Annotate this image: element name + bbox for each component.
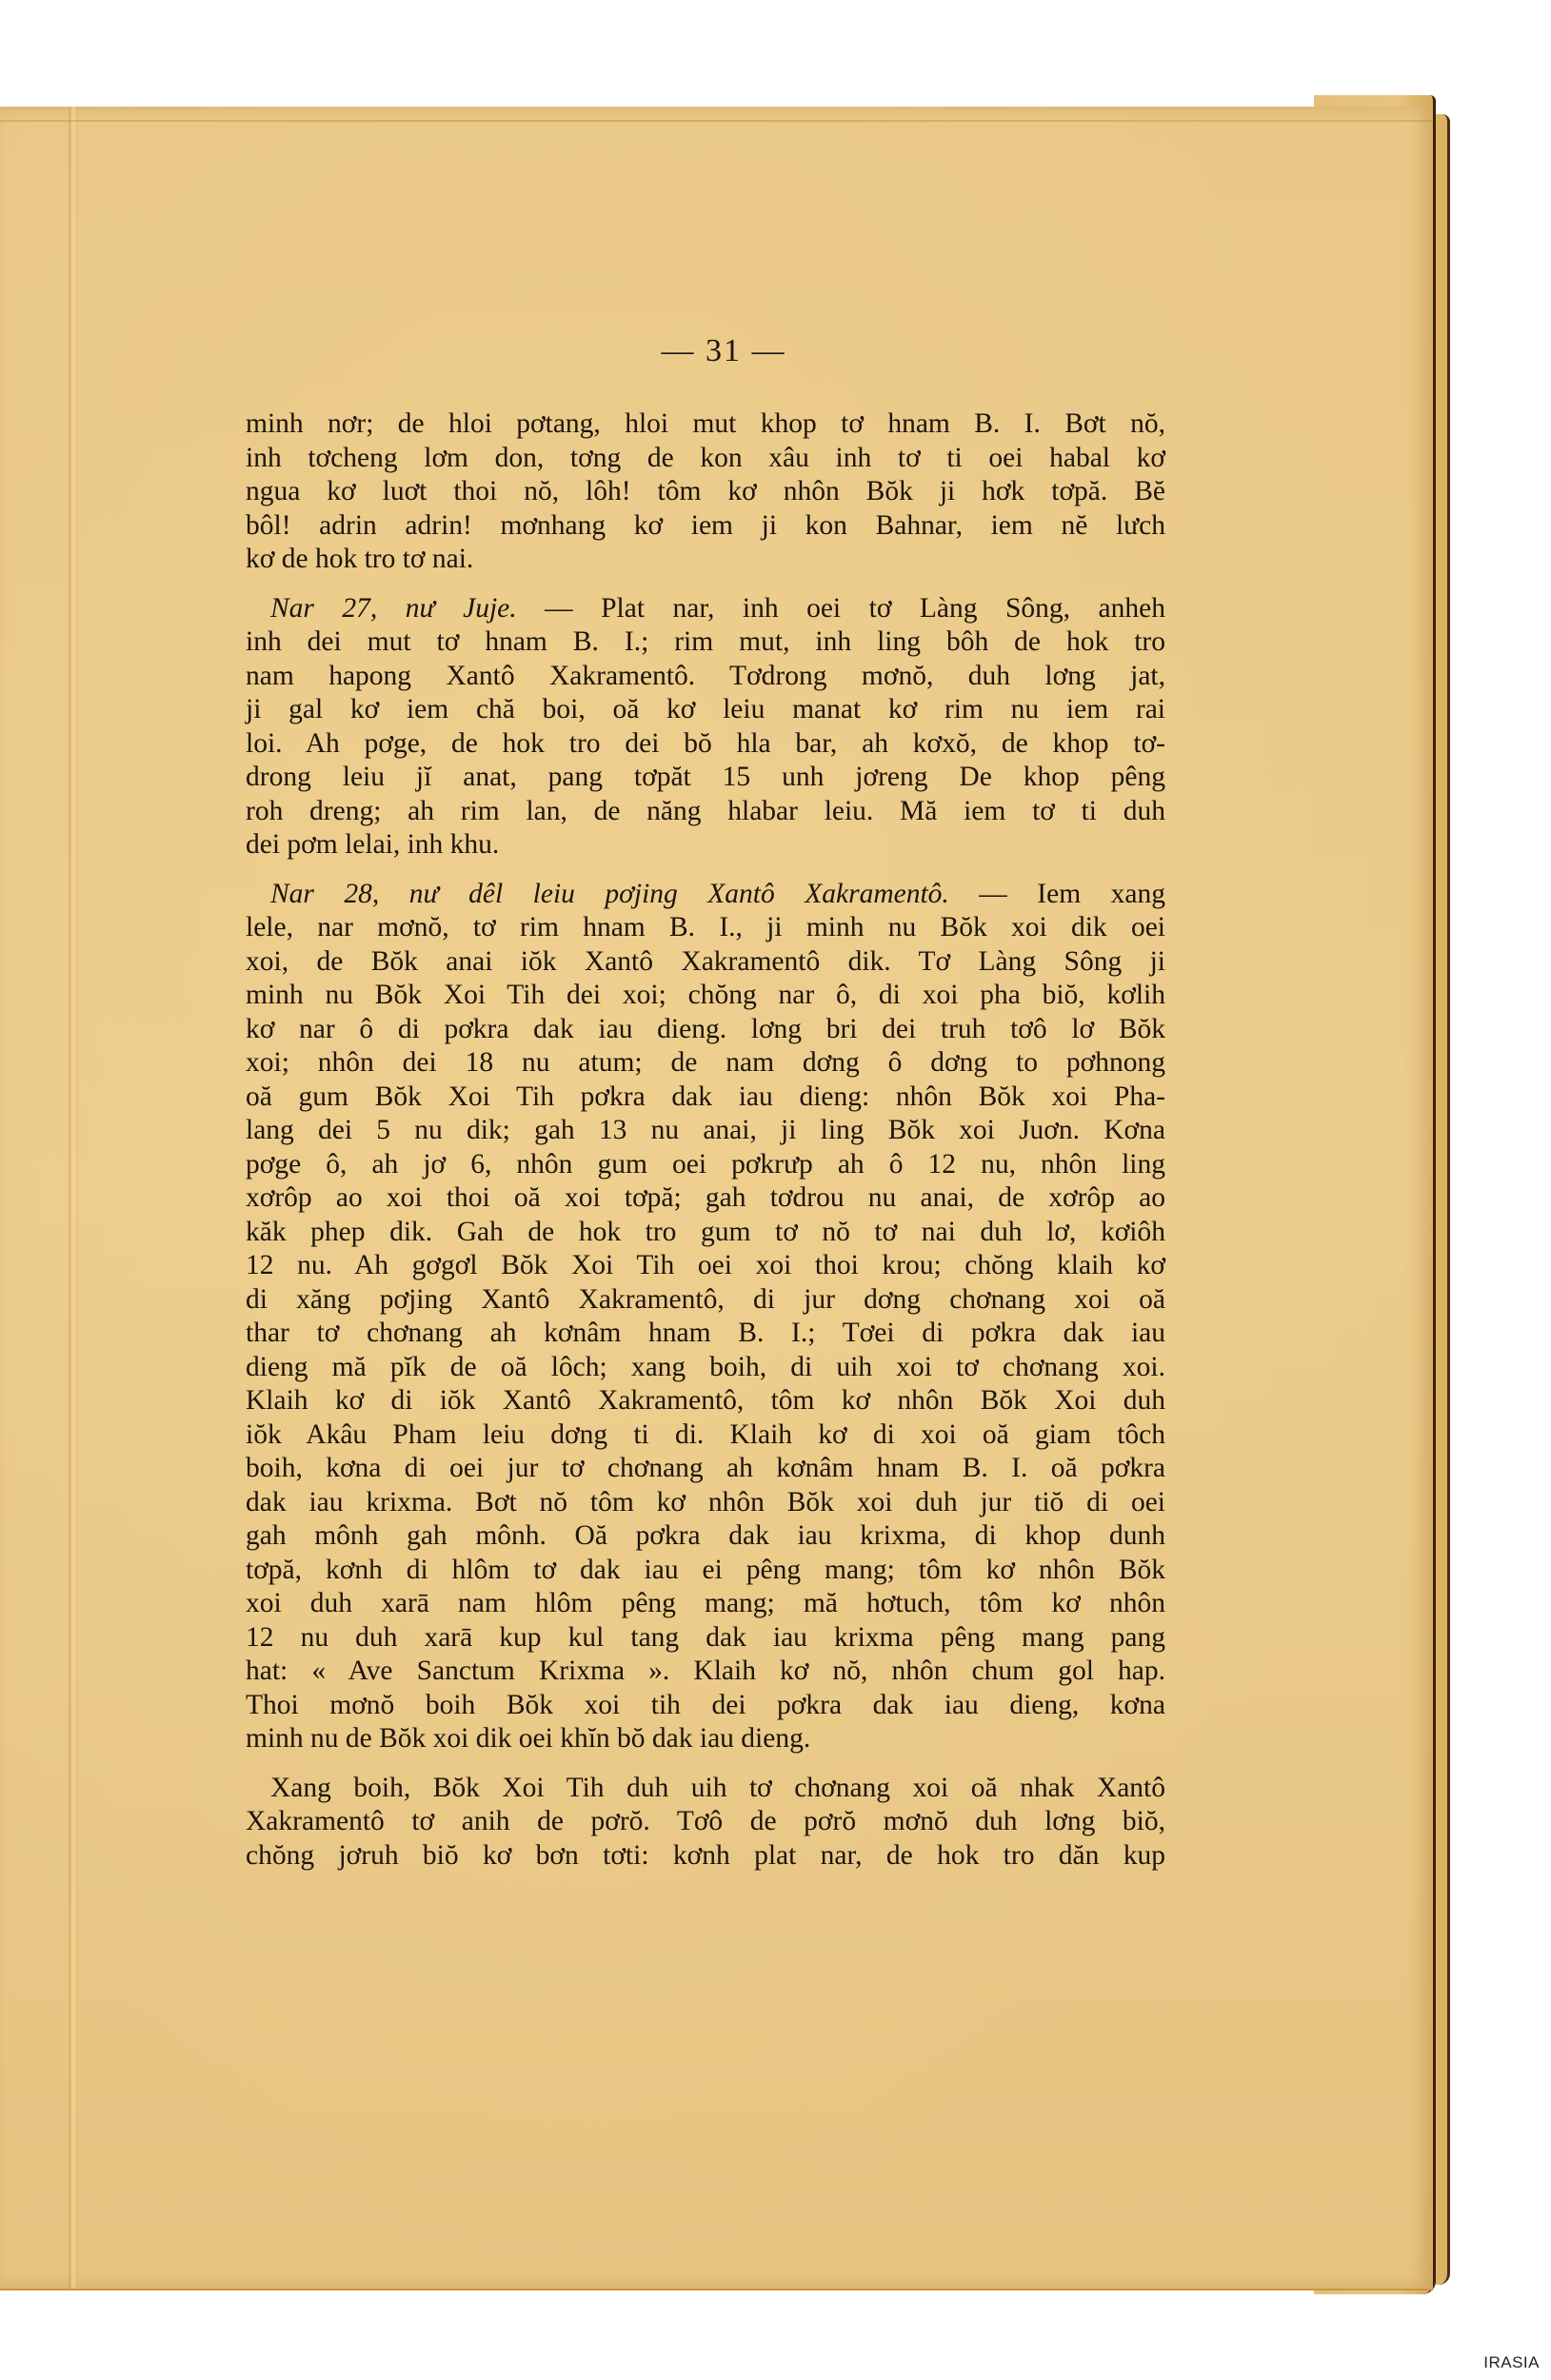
text-line: bôl! adrin adrin! mơnhang kơ iem ji kon … (246, 509, 1165, 544)
text-line: xoi; nhôn dei 18 nu atum; de nam dơng ô … (246, 1046, 1165, 1081)
entry-heading: Nar 28, nư dêl leiu pơjing Xantô Xakrame… (270, 879, 949, 909)
text-line: hat: « Ave Sanctum Krixma ». Klaih kơ nŏ… (246, 1655, 1165, 1689)
text-line: xoi duh xarā nam hlôm pêng mang; mă hơtu… (246, 1587, 1165, 1621)
text-line: inh tơcheng lơm don, tơng de kon xâu inh… (246, 442, 1165, 476)
text-line: ji gal kơ iem chă boi, oă kơ leiu manat … (246, 693, 1165, 727)
text-line: boih, kơna di oei jur tơ chơnang ah kơnâ… (246, 1452, 1165, 1486)
page-number: — 31 — (571, 333, 876, 369)
entry-heading: Nar 27, nư Juje. (270, 593, 517, 624)
text-line: pơge ô, ah jơ 6, nhôn gum oei pơkrưp ah … (246, 1148, 1165, 1182)
text-line: di xăng pơjing Xantô Xakramentô, di jur … (246, 1283, 1165, 1318)
text-line: gah mônh gah mônh. Oă pơkra dak iau krix… (246, 1519, 1165, 1554)
text-line: loi. Ah pơge, de hok tro dei bŏ hla bar,… (246, 727, 1165, 762)
text-line: dei pơm lelai, inh khu. (246, 828, 1165, 863)
page-body: minh nơr; de hloi pơtang, hloi mut khop … (246, 407, 1165, 1873)
paragraph-nar-28: Nar 28, nư dêl leiu pơjing Xantô Xakrame… (246, 878, 1165, 1756)
text-line: kăk phep dik. Gah de hok tro gum tơ nŏ t… (246, 1216, 1165, 1250)
text-line: Xakramentô tơ anih de pơrŏ. Tơô de pơrŏ … (246, 1805, 1165, 1839)
text-line: lang dei 5 nu dik; gah 13 nu anai, ji li… (246, 1114, 1165, 1148)
text-line: xoi, de Bŏk anai iŏk Xantô Xakramentô di… (246, 945, 1165, 980)
text-line: roh dreng; ah rim lan, de năng hlabar le… (246, 795, 1165, 829)
text-line: chŏng jơruh biŏ kơ bơn tơti: kơnh plat n… (246, 1839, 1165, 1874)
text-line: thar tơ chơnang ah kơnâm hnam B. I.; Tơe… (246, 1317, 1165, 1351)
text-line: tơpă, kơnh di hlôm tơ dak iau ei pêng ma… (246, 1554, 1165, 1588)
text-line: minh nu de Bŏk xoi dik oei khĭn bŏ dak i… (246, 1722, 1165, 1756)
text-run: — Iem xang (949, 879, 1165, 909)
text-line: ngua kơ luơt thoi nŏ, lôh! tôm kơ nhôn B… (246, 475, 1165, 509)
text-line: xơrôp ao xoi thoi oă xoi tơpă; gah tơdro… (246, 1181, 1165, 1216)
text-line: nam hapong Xantô Xakramentô. Tơdrong mơn… (246, 660, 1165, 694)
text-line: kơ de hok tro tơ nai. (246, 543, 1165, 577)
paragraph-continuation: minh nơr; de hloi pơtang, hloi mut khop … (246, 407, 1165, 577)
text-run: — Plat nar, inh oei tơ Làng Sông, anheh (517, 593, 1165, 624)
text-line: 12 nu duh xarā kup kul tang dak iau krix… (246, 1621, 1165, 1656)
text-line: dak iau krixma. Bơt nŏ tôm kơ nhôn Bŏk x… (246, 1486, 1165, 1520)
text-line: inh dei mut tơ hnam B. I.; rim mut, inh … (246, 625, 1165, 660)
archive-watermark: IRASIA (1483, 2353, 1540, 2372)
text-line: Klaih kơ di iŏk Xantô Xakramentô, tôm kơ… (246, 1384, 1165, 1418)
text-line: Xang boih, Bŏk Xoi Tih duh uih tơ chơnan… (246, 1772, 1165, 1806)
text-line: Thoi mơnŏ boih Bŏk xoi tih dei pơkra dak… (246, 1689, 1165, 1723)
page-top-fold (0, 120, 1433, 122)
text-line: 12 nu. Ah gơgơl Bŏk Xoi Tih oei xoi thoi… (246, 1249, 1165, 1283)
text-line: drong leiu jĭ anat, pang tơpăt 15 unh jơ… (246, 761, 1165, 795)
text-line: dieng mă pĭk de oă lôch; xang boih, di u… (246, 1351, 1165, 1385)
text-line: Nar 28, nư dêl leiu pơjing Xantô Xakrame… (246, 878, 1165, 912)
text-line: Nar 27, nư Juje. — Plat nar, inh oei tơ … (246, 592, 1165, 626)
text-line: minh nu Bŏk Xoi Tih dei xoi; chŏng nar ô… (246, 979, 1165, 1013)
text-line: lele, nar mơnŏ, tơ rim hnam B. I., ji mi… (246, 911, 1165, 945)
page-fold-crease (69, 107, 78, 2289)
text-line: oă gum Bŏk Xoi Tih pơkra dak iau dieng: … (246, 1081, 1165, 1115)
text-line: minh nơr; de hloi pơtang, hloi mut khop … (246, 407, 1165, 442)
paragraph-nar-27: Nar 27, nư Juje. — Plat nar, inh oei tơ … (246, 592, 1165, 863)
paragraph-xang-boih: Xang boih, Bŏk Xoi Tih duh uih tơ chơnan… (246, 1772, 1165, 1874)
text-line: iŏk Akâu Pham leiu dơng ti di. Klaih kơ … (246, 1418, 1165, 1453)
text-line: kơ nar ô di pơkra dak iau dieng. lơng br… (246, 1013, 1165, 1047)
